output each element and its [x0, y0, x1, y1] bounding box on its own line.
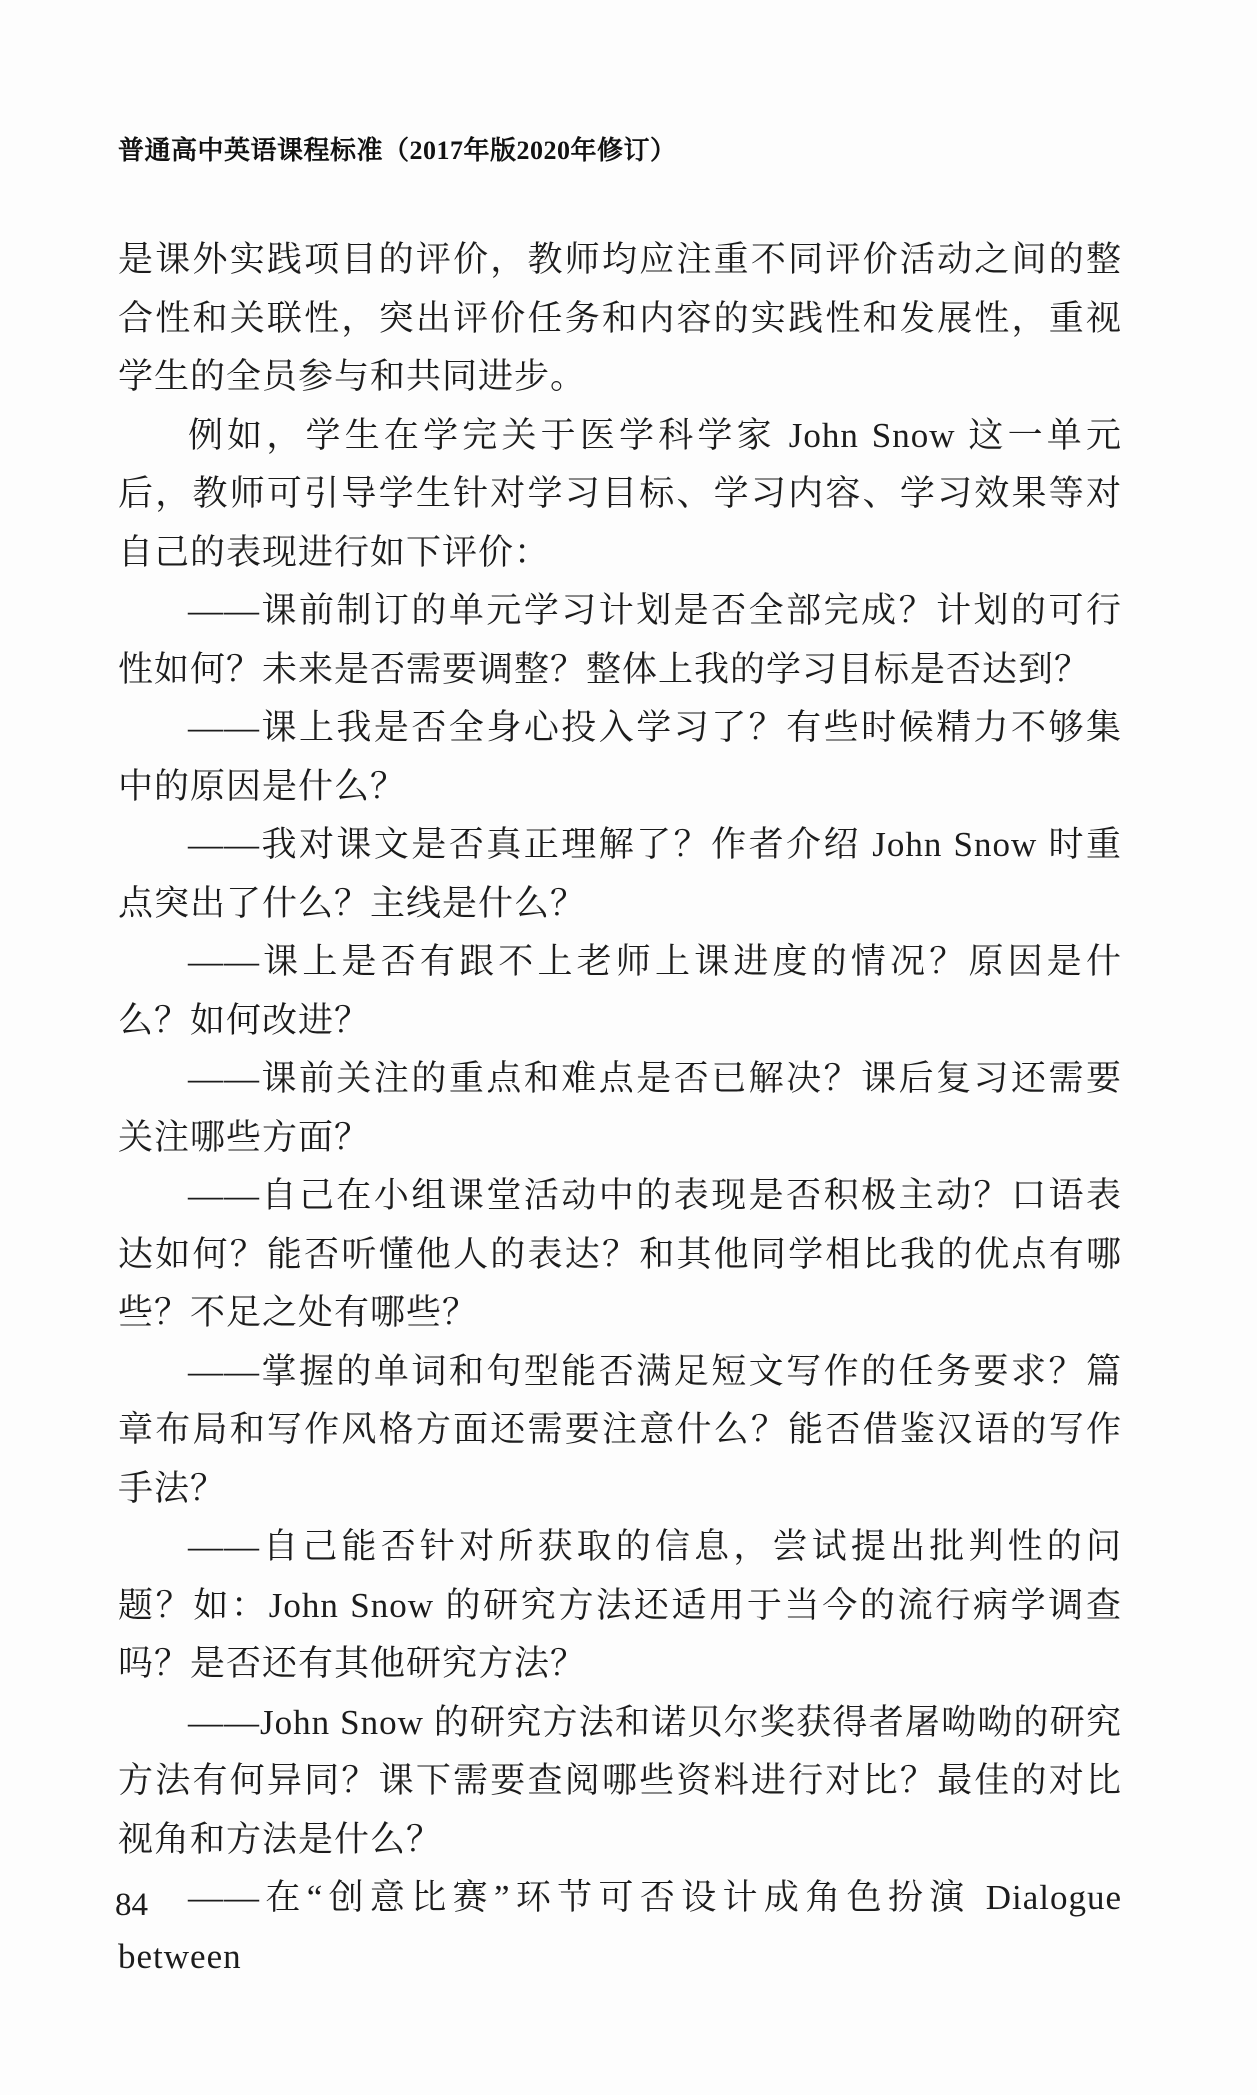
paragraph: ——课上我是否全身心投入学习了？有些时候精力不够集中的原因是什么？	[118, 699, 1122, 816]
paragraph: 是课外实践项目的评价，教师均应注重不同评价活动之间的整合性和关联性，突出评价任务…	[118, 231, 1122, 407]
paragraph: ——John Snow 的研究方法和诺贝尔奖获得者屠呦呦的研究方法有何异同？课下…	[118, 1694, 1122, 1870]
paragraph: 例如，学生在学完关于医学科学家 John Snow 这一单元后，教师可引导学生针…	[118, 407, 1122, 583]
paragraph: ——我对课文是否真正理解了？作者介绍 John Snow 时重点突出了什么？主线…	[118, 816, 1122, 933]
paragraph: ——课前关注的重点和难点是否已解决？课后复习还需要关注哪些方面？	[118, 1050, 1122, 1167]
paragraph: ——课前制订的单元学习计划是否全部完成？计划的可行性如何？未来是否需要调整？整体…	[118, 582, 1122, 699]
page-number: 84	[115, 1885, 148, 1925]
document-page: 普通高中英语课程标准（2017年版2020年修订） 是课外实践项目的评价，教师均…	[0, 0, 1257, 2095]
paragraph: ——自己能否针对所获取的信息，尝试提出批判性的问题？如：John Snow 的研…	[118, 1518, 1122, 1694]
page-body-text: 是课外实践项目的评价，教师均应注重不同评价活动之间的整合性和关联性，突出评价任务…	[118, 231, 1122, 1986]
paragraph: ——自己在小组课堂活动中的表现是否积极主动？口语表达如何？能否听懂他人的表达？和…	[118, 1167, 1122, 1343]
paragraph: ——在“创意比赛”环节可否设计成角色扮演 Dialogue between	[118, 1869, 1122, 1986]
paragraph: ——掌握的单词和句型能否满足短文写作的任务要求？篇章布局和写作风格方面还需要注意…	[118, 1343, 1122, 1519]
running-header-title: 普通高中英语课程标准（2017年版2020年修订）	[118, 130, 1122, 167]
paragraph: ——课上是否有跟不上老师上课进度的情况？原因是什么？如何改进？	[118, 933, 1122, 1050]
